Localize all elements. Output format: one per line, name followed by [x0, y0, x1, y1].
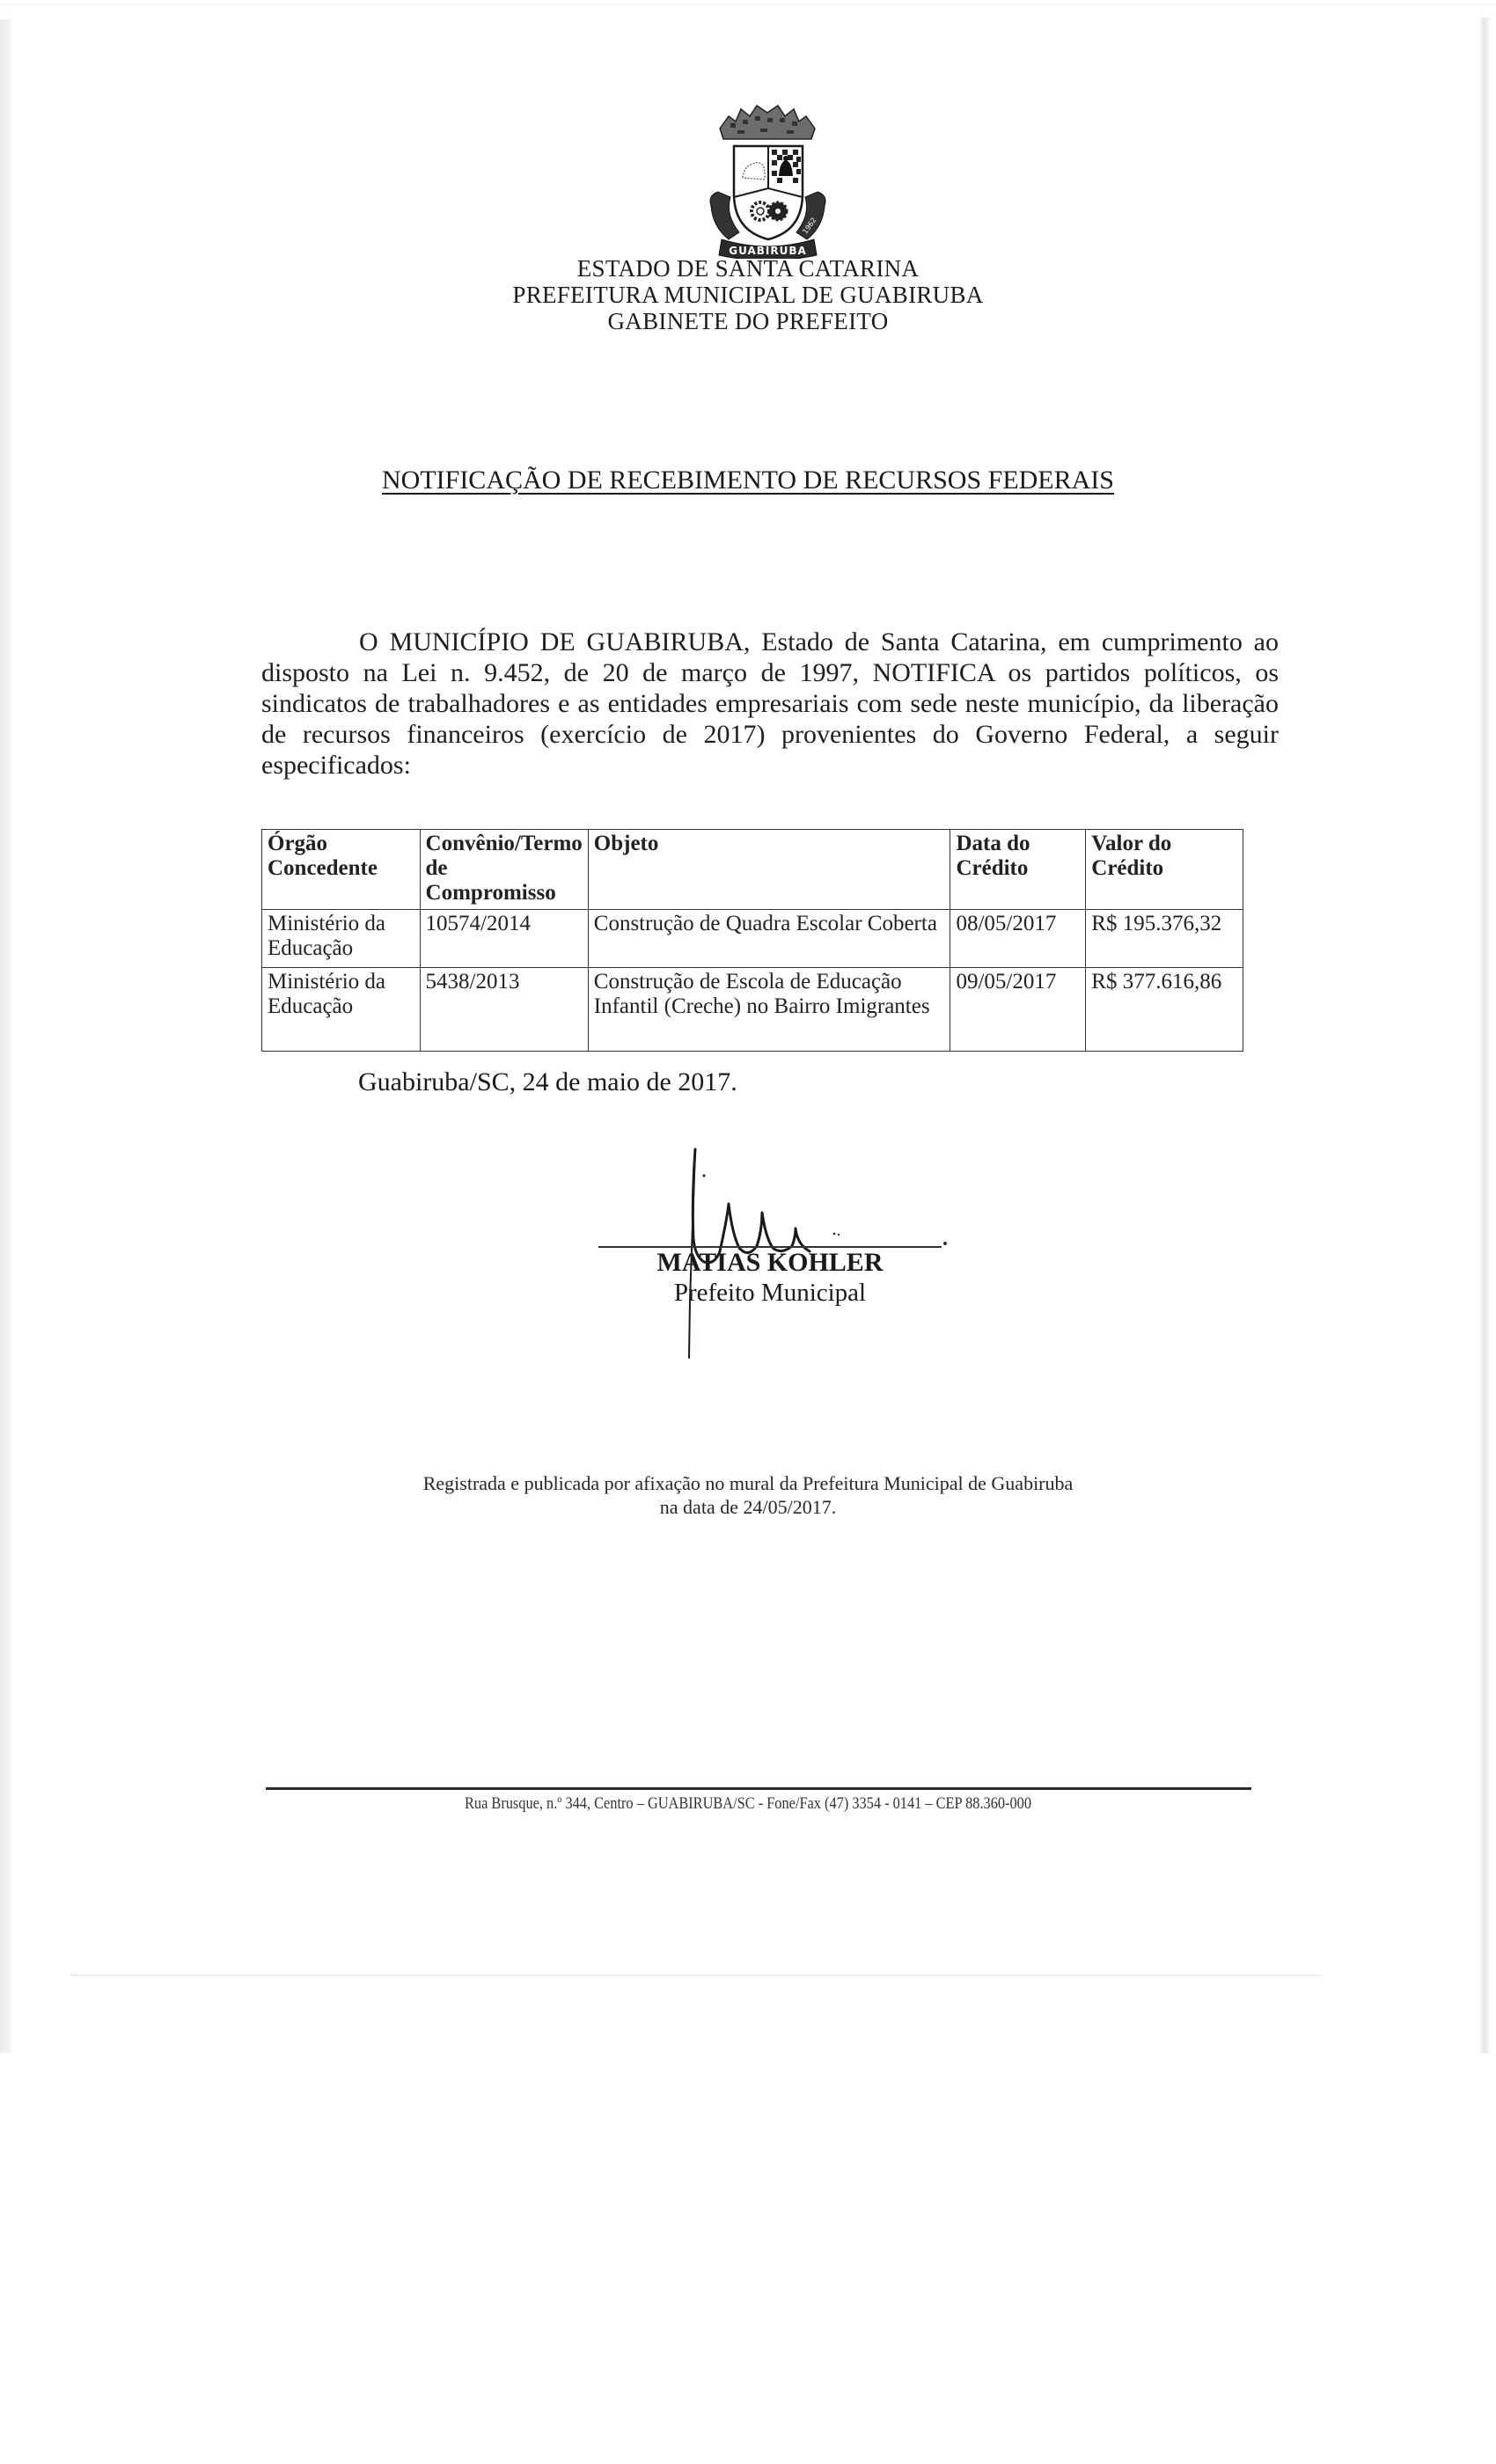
header-valor: Valor do Crédito: [1086, 830, 1243, 910]
cell-objeto: Construção de Quadra Escolar Coberta: [588, 910, 950, 968]
letterhead: ESTADO DE SANTA CATARINA PREFEITURA MUNI…: [0, 255, 1496, 334]
publication-line-1: Registrada e publicada por afixação no m…: [0, 1471, 1496, 1495]
footer-address: Rua Brusque, n.º 344, Centro – GUABIRUBA…: [105, 1793, 1391, 1815]
document-title: NOTIFICAÇÃO DE RECEBIMENTO DE RECURSOS F…: [0, 465, 1496, 496]
letterhead-state: ESTADO DE SANTA CATARINA: [0, 255, 1496, 282]
cell-data: 08/05/2017: [950, 910, 1086, 968]
signer-block: MATIAS KOHLER Prefeito Municipal: [598, 1248, 942, 1308]
federal-resources-table: Órgão Concedente Convênio/Termo de Compr…: [261, 829, 1243, 1052]
publication-line-2: na data de 24/05/2017.: [0, 1495, 1496, 1519]
table-header-row: Órgão Concedente Convênio/Termo de Compr…: [262, 830, 1243, 910]
cell-convenio: 5438/2013: [420, 968, 588, 1052]
header-data: Data do Crédito: [950, 830, 1086, 910]
signature-dot: [943, 1242, 947, 1245]
document-title-text: NOTIFICAÇÃO DE RECEBIMENTO DE RECURSOS F…: [382, 466, 1114, 495]
letterhead-prefecture: PREFEITURA MUNICIPAL DE GUABIRUBA: [0, 282, 1496, 308]
notification-body: O MUNICÍPIO DE GUABIRUBA, Estado de Sant…: [261, 627, 1279, 781]
cell-valor: R$ 195.376,32: [1086, 910, 1243, 968]
coat-of-arms-icon: GUABIRUBA 1962: [704, 99, 832, 259]
scan-top-edge: [0, 4, 1496, 5]
cell-orgao: Ministério da Educação: [262, 910, 421, 968]
cell-objeto: Construção de Escola de Educação Infanti…: [588, 968, 950, 1052]
footer-rule: [266, 1787, 1251, 1790]
header-convenio: Convênio/Termo de Compromisso: [420, 830, 588, 910]
letterhead-office: GABINETE DO PREFEITO: [0, 308, 1496, 334]
cell-valor: R$ 377.616,86: [1086, 968, 1243, 1052]
header-orgao: Órgão Concedente: [262, 830, 421, 910]
table-row: Ministério da Educação 5438/2013 Constru…: [262, 968, 1243, 1052]
place-and-date: Guabiruba/SC, 24 de maio de 2017.: [358, 1067, 737, 1098]
signer-role: Prefeito Municipal: [598, 1278, 942, 1308]
scan-artifact-line: [70, 1975, 1320, 1976]
publication-note: Registrada e publicada por afixação no m…: [0, 1471, 1496, 1519]
cell-orgao: Ministério da Educação: [262, 968, 421, 1052]
signer-name: MATIAS KOHLER: [598, 1248, 942, 1278]
cell-convenio: 10574/2014: [420, 910, 588, 968]
table-row: Ministério da Educação 10574/2014 Constr…: [262, 910, 1243, 968]
cell-data: 09/05/2017: [950, 968, 1086, 1052]
header-objeto: Objeto: [588, 830, 950, 910]
